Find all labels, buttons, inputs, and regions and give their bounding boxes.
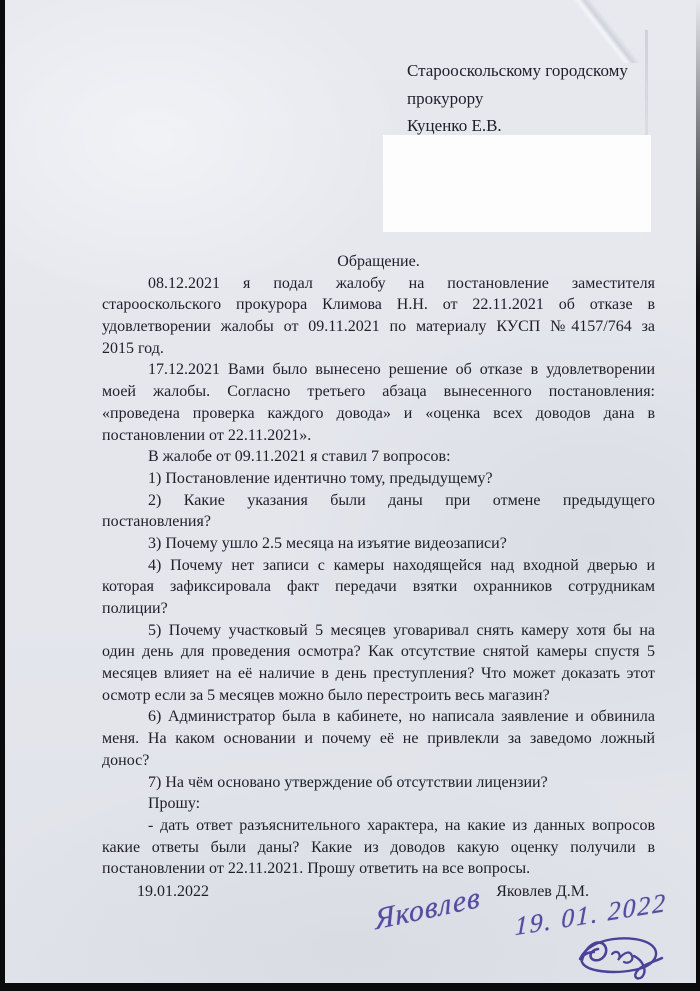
body-line: один день для проведения осмотра? Как от… bbox=[102, 641, 655, 663]
paper-crease-diagonal bbox=[535, 0, 665, 63]
body-line: «проведена проверка каждого довода» и «о… bbox=[102, 403, 655, 425]
body-line: постановления? bbox=[102, 511, 655, 533]
body-line: какие ответы были даны? Какие из доводов… bbox=[102, 837, 655, 859]
body-line: полиции? bbox=[102, 598, 655, 620]
scan-edge-right bbox=[696, 0, 700, 991]
body-line: 5) Почему участковый 5 месяцев уговарива… bbox=[102, 620, 655, 642]
body-line: удовлетворении жалобы от 09.11.2021 по м… bbox=[102, 316, 655, 338]
body-line: моей жалобы. Согласно третьего абзаца вы… bbox=[102, 381, 655, 403]
recipient-line: прокурору bbox=[407, 85, 657, 113]
scan-edge-bottom bbox=[0, 983, 700, 991]
body-line: постановлении от 22.11.2021. Прошу ответ… bbox=[102, 858, 655, 880]
signature-flourish-icon bbox=[572, 932, 668, 982]
body-line: старооскольского прокурора Климова Н.Н. … bbox=[102, 294, 655, 316]
body-line: месяцев влияет на её наличие в день прес… bbox=[102, 663, 655, 685]
body-line: меня. На каком основании и почему её не … bbox=[102, 728, 655, 750]
body-line: донос? bbox=[102, 750, 655, 772]
body-line: 1) Постановление идентично тому, предыду… bbox=[102, 468, 655, 490]
body-line: которая зафиксировала факт передачи взят… bbox=[102, 576, 655, 598]
body-line: 2) Какие указания были даны при отмене п… bbox=[102, 490, 655, 512]
body-line: 2015 год. bbox=[102, 338, 655, 360]
scanned-document-page: Старооскольскому городскому прокурору Ку… bbox=[0, 0, 700, 991]
typed-date: 19.01.2022 bbox=[137, 881, 209, 903]
document-body: Обращение. 08.12.2021 я подал жалобу на … bbox=[102, 251, 655, 880]
scan-edge-left bbox=[0, 0, 5, 991]
redacted-area bbox=[383, 135, 651, 232]
body-line: 08.12.2021 я подал жалобу на постановлен… bbox=[102, 273, 655, 295]
body-line: 7) На чём основано утверждение об отсутс… bbox=[102, 772, 655, 794]
body-line: - дать ответ разъяснительного характера,… bbox=[102, 815, 655, 837]
recipient-block: Старооскольскому городскому прокурору Ку… bbox=[407, 57, 657, 140]
body-line: осмотр если за 5 месяцев можно было пере… bbox=[102, 685, 655, 707]
document-title: Обращение. bbox=[102, 251, 655, 273]
recipient-line: Старооскольскому городскому bbox=[407, 57, 657, 85]
body-line: Прошу: bbox=[102, 793, 655, 815]
body-line: 17.12.2021 Вами было вынесено решение об… bbox=[102, 359, 655, 381]
body-line: 6) Администратор была в кабинете, но нап… bbox=[102, 706, 655, 728]
body-line: В жалобе от 09.11.2021 я ставил 7 вопрос… bbox=[102, 446, 655, 468]
typed-signature-name: Яковлев Д.М. bbox=[496, 881, 589, 903]
body-line: 3) Почему ушло 2.5 месяца на изъятие вид… bbox=[102, 533, 655, 555]
signature-row: 19.01.2022 Яковлев Д.М. bbox=[102, 881, 655, 903]
body-line: 4) Почему нет записи с камеры находящейс… bbox=[102, 555, 655, 577]
body-line: постановлении от 22.11.2021». bbox=[102, 425, 655, 447]
